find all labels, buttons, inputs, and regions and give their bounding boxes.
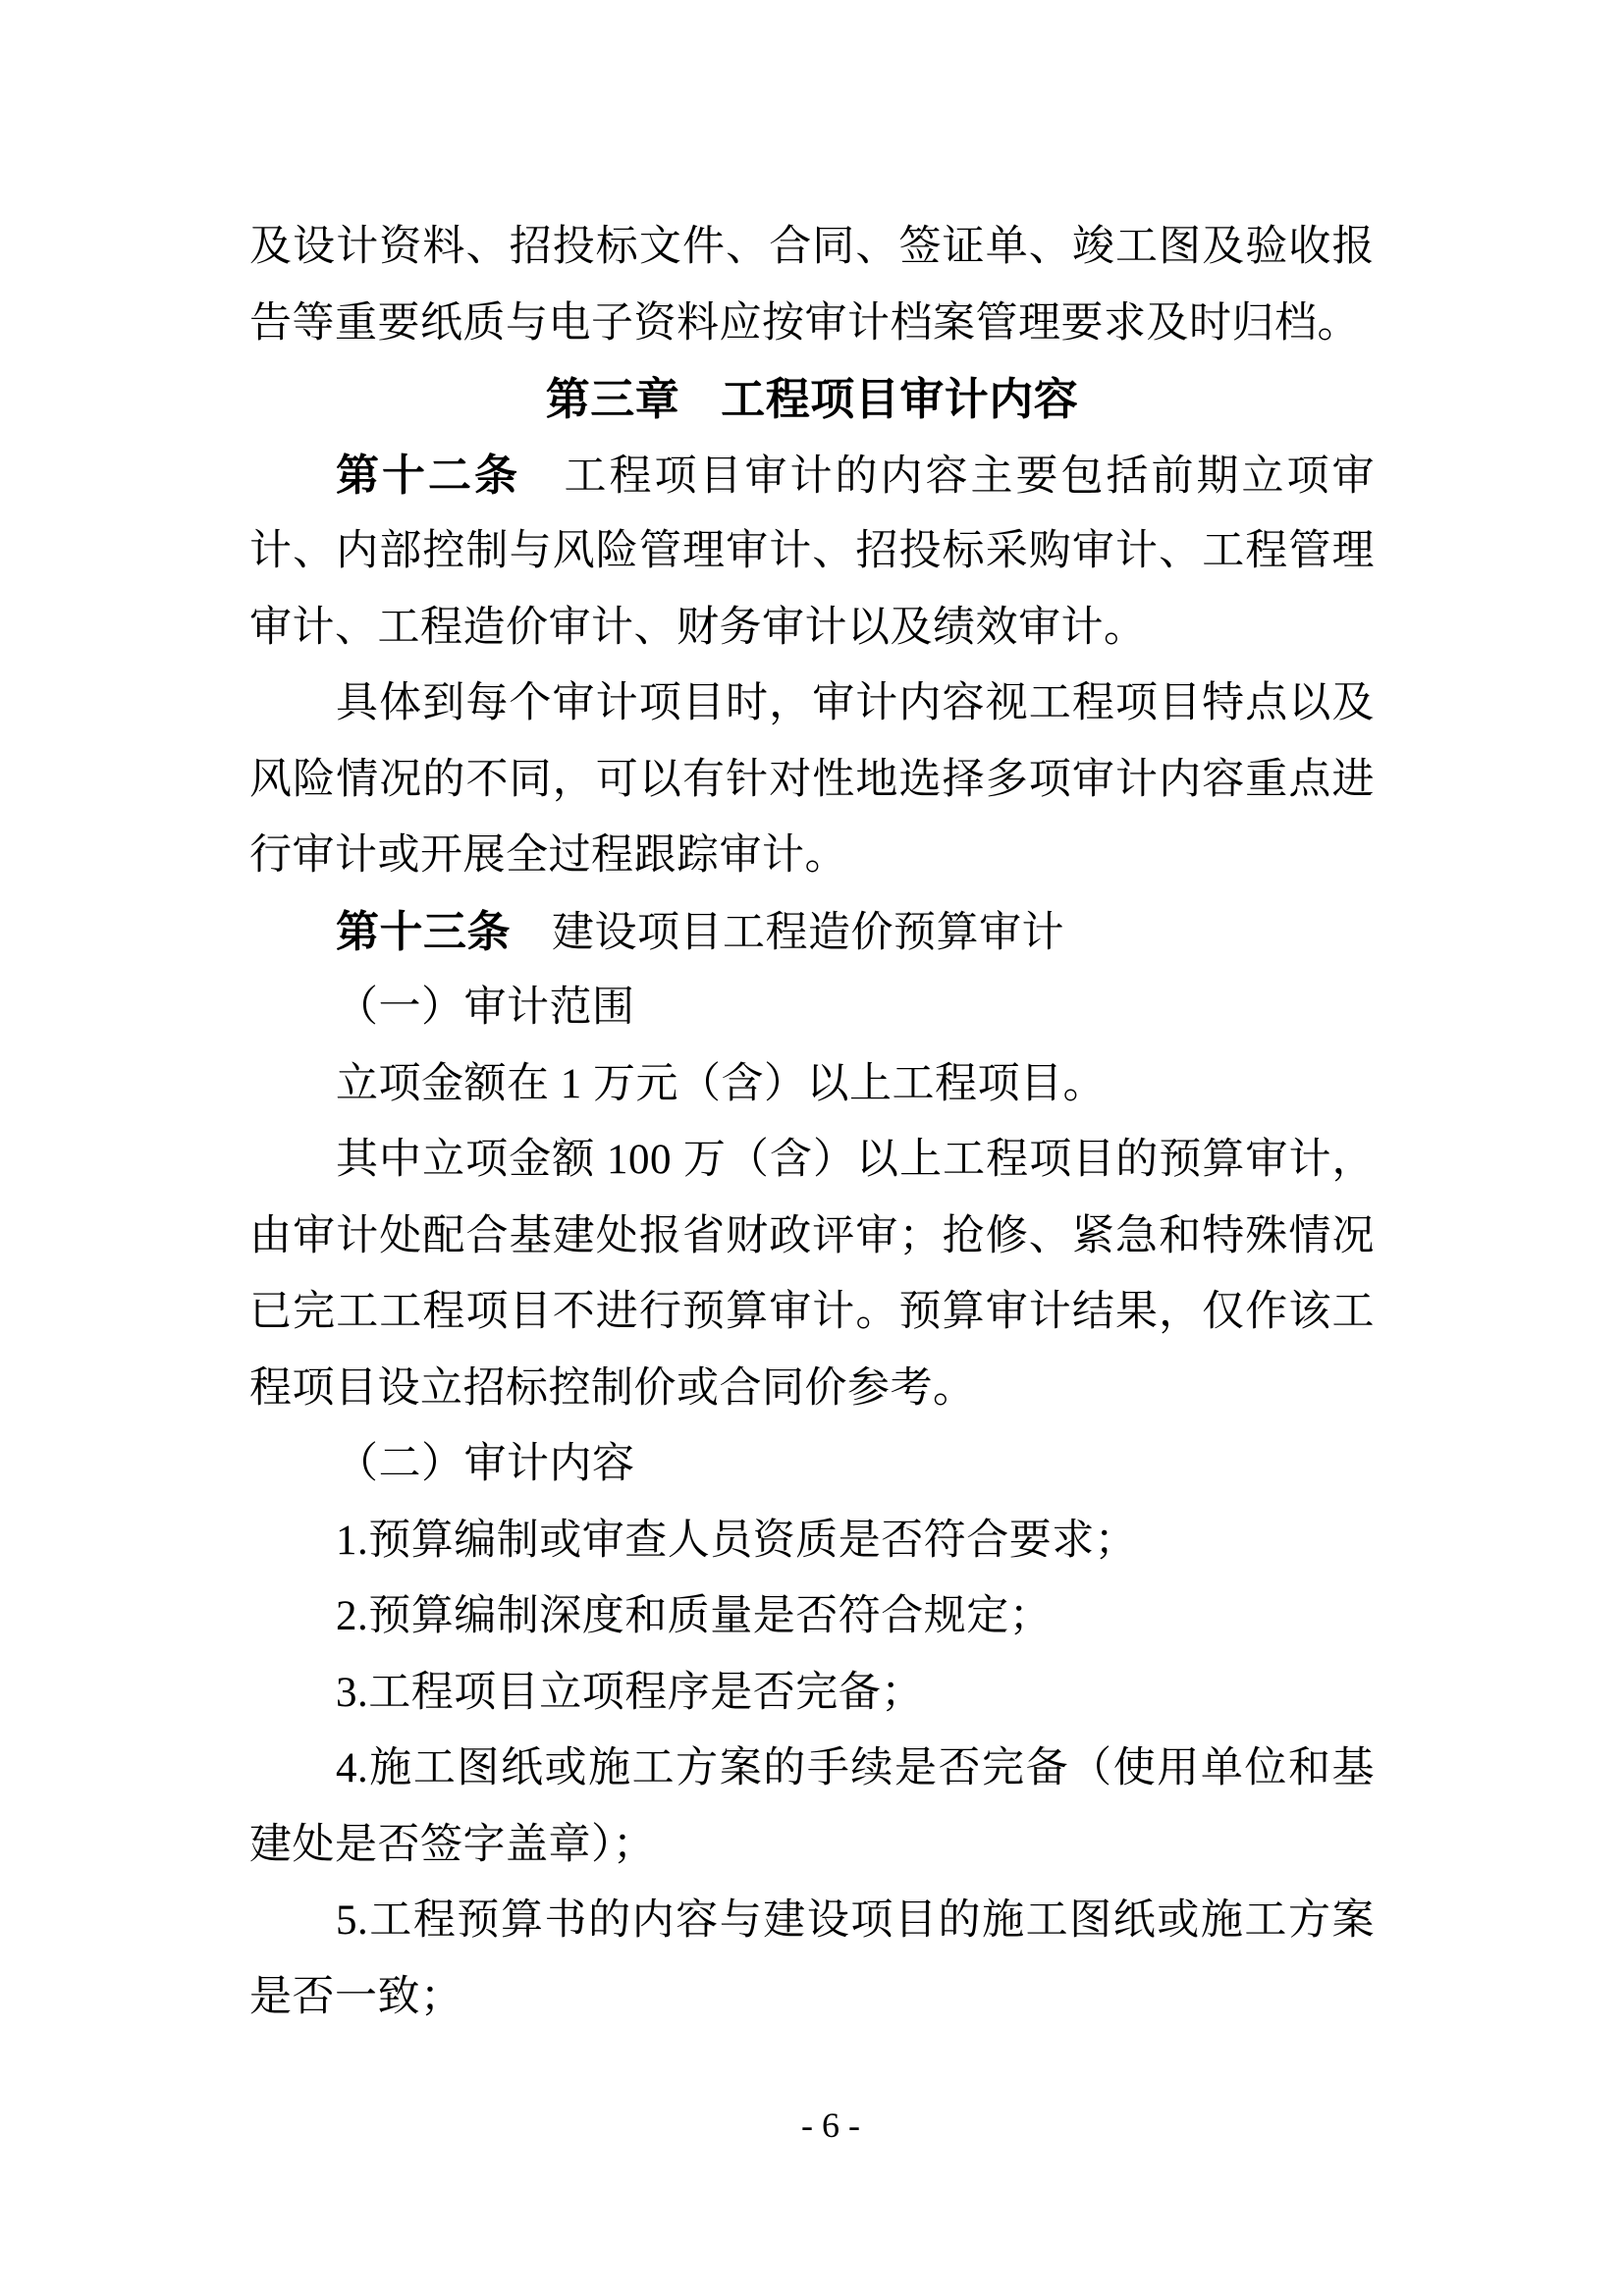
line-text: 3.工程项目立项程序是否完备； <box>336 1670 924 1716</box>
paragraph-line: 计、内部控制与风险管理审计、招投标采购审计、工程管理 <box>249 513 1375 590</box>
line-text: 是否一致； <box>249 1974 463 2020</box>
line-text: 风险情况的不同，可以有针对性地选择多项审计内容重点进 <box>249 757 1375 803</box>
line-text: 程项目设立招标控制价或合同价参考。 <box>249 1365 976 1412</box>
paragraph-line: 具体到每个审计项目时，审计内容视工程项目特点以及 <box>249 666 1375 742</box>
list-item-continuation: 建处是否签字盖章）； <box>249 1807 1375 1884</box>
section-2-heading: （二）审计内容 <box>249 1426 1375 1503</box>
list-item: 3.工程项目立项程序是否完备； <box>249 1655 1375 1732</box>
line-text: 4.施工图纸或施工方案的手续是否完备（使用单位和基 <box>336 1745 1375 1791</box>
line-text: 已完工工程项目不进行预算审计。预算审计结果，仅作该工 <box>249 1289 1375 1335</box>
line-text: 由审计处配合基建处报省财政评审；抢修、紧急和特殊情况 <box>249 1213 1375 1259</box>
line-text: 建处是否签字盖章）； <box>249 1822 656 1868</box>
line-text: 计、内部控制与风险管理审计、招投标采购审计、工程管理 <box>249 528 1375 574</box>
line-text: （一）审计范围 <box>336 985 635 1031</box>
chapter-number: 第三章 <box>546 374 680 424</box>
line-text: 审计、工程造价审计、财务审计以及绩效审计。 <box>249 605 1147 651</box>
paragraph-line: 审计、工程造价审计、财务审计以及绩效审计。 <box>249 590 1375 667</box>
line-text: 工程项目审计的内容主要包括前期立项审 <box>562 454 1375 500</box>
line-text: 2.预算编制深度和质量是否符合规定； <box>336 1593 1052 1639</box>
paragraph-line: 及设计资料、招投标文件、合同、签证单、竣工图及验收报 <box>249 209 1375 286</box>
line-text: 行审计或开展全过程跟踪审计。 <box>249 832 847 879</box>
paragraph-line: 程项目设立招标控制价或合同价参考。 <box>249 1351 1375 1427</box>
line-text: 具体到每个审计项目时，审计内容视工程项目特点以及 <box>336 680 1375 726</box>
article-12-label: 第十二条 <box>336 452 520 500</box>
paragraph-line: 行审计或开展全过程跟踪审计。 <box>249 818 1375 894</box>
line-text: 建设项目工程造价预算审计 <box>552 910 1064 956</box>
line-text: 其中立项金额 100 万（含）以上工程项目的预算审计， <box>336 1137 1375 1183</box>
line-text: （二）审计内容 <box>336 1441 635 1487</box>
document-text-block: 及设计资料、招投标文件、合同、签证单、竣工图及验收报 告等重要纸质与电子资料应按… <box>249 209 1375 2035</box>
line-text: 告等重要纸质与电子资料应按审计档案管理要求及时归档。 <box>249 300 1360 347</box>
paragraph-line: 告等重要纸质与电子资料应按审计档案管理要求及时归档。 <box>249 286 1375 362</box>
paragraph-line: 风险情况的不同，可以有针对性地选择多项审计内容重点进 <box>249 742 1375 819</box>
chapter-heading: 第三章工程项目审计内容 <box>249 361 1375 438</box>
paragraph-line: 由审计处配合基建处报省财政评审；抢修、紧急和特殊情况 <box>249 1199 1375 1275</box>
chapter-title: 工程项目审计内容 <box>721 374 1078 424</box>
list-item: 1.预算编制或审查人员资质是否符合要求； <box>249 1503 1375 1579</box>
document-page: 及设计资料、招投标文件、合同、签证单、竣工图及验收报 告等重要纸质与电子资料应按… <box>0 0 1624 2296</box>
list-item: 4.施工图纸或施工方案的手续是否完备（使用单位和基 <box>249 1731 1375 1807</box>
paragraph-line: 已完工工程项目不进行预算审计。预算审计结果，仅作该工 <box>249 1274 1375 1351</box>
list-item: 2.预算编制深度和质量是否符合规定； <box>249 1578 1375 1655</box>
line-text: 及设计资料、招投标文件、合同、签证单、竣工图及验收报 <box>249 224 1375 270</box>
paragraph-line: 立项金额在 1 万元（含）以上工程项目。 <box>249 1046 1375 1123</box>
article-13-heading-line: 第十三条建设项目工程造价预算审计 <box>249 894 1375 971</box>
page-number: - 6 - <box>0 2107 1624 2144</box>
line-text: 立项金额在 1 万元（含）以上工程项目。 <box>336 1061 1106 1107</box>
list-item-continuation: 是否一致； <box>249 1959 1375 2036</box>
list-item: 5.工程预算书的内容与建设项目的施工图纸或施工方案 <box>249 1883 1375 1959</box>
line-text: 1.预算编制或审查人员资质是否符合要求； <box>336 1518 1137 1564</box>
section-1-heading: （一）审计范围 <box>249 970 1375 1046</box>
article-13-label: 第十三条 <box>336 908 511 956</box>
paragraph-line: 其中立项金额 100 万（含）以上工程项目的预算审计， <box>249 1122 1375 1199</box>
article-12-heading-line: 第十二条工程项目审计的内容主要包括前期立项审 <box>249 438 1375 514</box>
line-text: 5.工程预算书的内容与建设项目的施工图纸或施工方案 <box>336 1897 1375 1944</box>
